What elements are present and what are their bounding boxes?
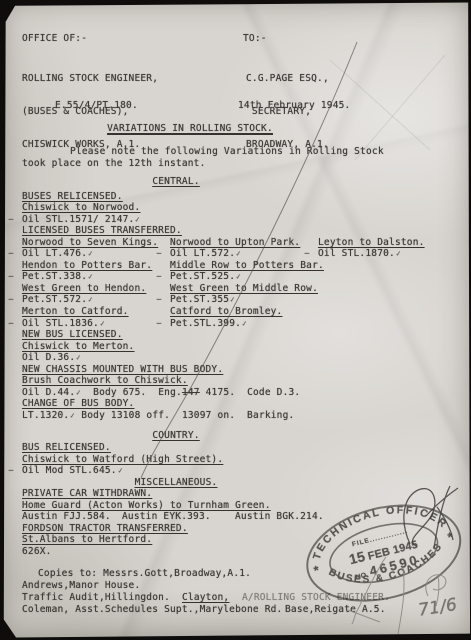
- text-run: Austin EYK.393.: [122, 511, 211, 522]
- doc-line: LT.1320.✓ Body 13108 off. 13097 on. Bark…: [0, 410, 471, 422]
- text-segment: —Pet.STL.399.✓: [170, 318, 247, 330]
- text-run: Traffic Audit,Hillingdon.: [22, 592, 170, 603]
- struck-text: 147: [182, 387, 200, 398]
- intro-line-2: took place on the 12th instant.: [22, 158, 206, 169]
- doc-line: Hendon to Potters Bar.Middle Row to Pott…: [0, 260, 471, 272]
- text-segment: Middle Row to Potters Bar.: [170, 260, 324, 272]
- text-run: Pet.ST.525.: [170, 271, 235, 282]
- margin-dash-mark: —: [9, 248, 14, 260]
- margin-dash-mark: —: [9, 465, 14, 477]
- text-segment: Norwood to Seven Kings.: [22, 237, 158, 249]
- text-segment: Oil D.44.✓ Body 675. Eng.147 4175. Code …: [22, 387, 300, 399]
- text-segment: Chiswick to Merton.: [22, 341, 134, 353]
- text-run: NEW CHASSIS MOUNTED WITH BUS BODY.: [22, 364, 223, 375]
- office-of-label: OFFICE OF:-: [22, 33, 87, 44]
- text-segment: Austin EYK.393.: [122, 511, 211, 523]
- text-run: Chiswick to Norwood.: [22, 202, 140, 213]
- text-segment: Norwood to Upton Park.: [170, 237, 300, 249]
- doc-line: Chiswick to Watford (High Street).: [0, 454, 471, 466]
- doc-line: Chiswick to Merton.: [0, 341, 471, 353]
- doc-line: LICENSED BUSES TRANSFERRED.: [0, 225, 471, 237]
- text-segment: St.Albans to Hertford.: [22, 534, 152, 546]
- text-run: Copies to: Messrs.Gott,Broadway,A.1.: [38, 568, 251, 579]
- text-run: Middle Row to Potters Bar.: [170, 260, 324, 271]
- text-run: 626X.: [22, 546, 52, 557]
- text-segment: —Oil Mod STL.645.✓: [22, 465, 123, 477]
- doc-line: —Oil STL.1571/ 2147.✓: [0, 214, 471, 226]
- text-run: A/ROLLING STOCK ENGINEER.: [242, 592, 390, 603]
- check-tick-mark: ✓: [236, 271, 242, 283]
- text-run: Base,Reigate A.5.: [285, 604, 386, 615]
- margin-dash-mark: —: [9, 214, 14, 226]
- doc-line: Oil D.36.✓: [0, 352, 471, 364]
- document-title: VARIATIONS IN ROLLING STOCK.: [107, 123, 273, 134]
- text-segment: Andrews,Manor House.: [22, 580, 140, 592]
- text-segment: Clayton,: [182, 592, 229, 604]
- text-run: FORDSON TRACTOR TRANSFERRED.: [22, 523, 188, 534]
- text-run: BUSES RELICENSED.: [22, 191, 123, 202]
- doc-line: Traffic Audit,Hillingdon.Clayton,A/ROLLI…: [0, 592, 471, 604]
- text-segment: Base,Reigate A.5.: [285, 604, 386, 616]
- check-tick-mark: ✓: [395, 248, 401, 260]
- section-title-text: COUNTRY.: [152, 430, 199, 441]
- margin-dash-mark: —: [9, 271, 14, 283]
- sender-line-1: ROLLING STOCK ENGINEER,: [22, 73, 158, 84]
- text-segment: LT.1320.✓ Body 13108 off. 13097 on. Bark…: [22, 410, 294, 422]
- doc-line: BUSES RELICENSED.: [0, 191, 471, 203]
- margin-dash-mark: —: [157, 271, 162, 283]
- text-segment: Chiswick to Norwood.: [22, 202, 140, 214]
- doc-line: Copies to: Messrs.Gott,Broadway,A.1.: [0, 568, 471, 580]
- doc-line: Chiswick to Norwood.: [0, 202, 471, 214]
- section-title-text: MISCELLANEOUS.: [135, 477, 218, 488]
- check-tick-mark: ✓: [99, 317, 105, 329]
- margin-dash-mark: —: [9, 294, 14, 306]
- text-segment: —Oil LT.476.✓: [22, 248, 93, 260]
- text-run: Oil D.44.: [22, 387, 75, 398]
- text-run: Clayton,: [182, 592, 229, 603]
- document-date: 14th February 1945.: [238, 100, 350, 111]
- text-segment: PRIVATE CAR WITHDRAWN.: [22, 488, 152, 500]
- text-run: Oil LT.476.: [22, 248, 87, 259]
- text-run: CHANGE OF BUS BODY.: [22, 398, 134, 409]
- doc-line: —Pet.ST.338.✓—Pet.ST.525.✓: [0, 271, 471, 283]
- text-segment: Austin BGK.214.: [235, 511, 324, 523]
- text-run: Oil Mod STL.645.: [22, 465, 117, 476]
- text-run: Body 13108 off. 13097 on. Barking.: [75, 410, 294, 421]
- text-segment: FORDSON TRACTOR TRANSFERRED.: [22, 523, 188, 535]
- doc-line: FORDSON TRACTOR TRANSFERRED.: [0, 523, 471, 535]
- text-run: Pet.STL.399.: [170, 318, 241, 329]
- text-segment: Merton to Catford.: [22, 306, 129, 318]
- text-run: St.Albans to Hertford.: [22, 534, 152, 545]
- doc-line: Oil D.44.✓ Body 675. Eng.147 4175. Code …: [0, 387, 471, 399]
- doc-line: NEW BUS LICENSED.: [0, 329, 471, 341]
- check-tick-mark: ✓: [135, 213, 141, 225]
- text-segment: Home Guard (Acton Works) to Turnham Gree…: [22, 500, 271, 512]
- text-run: Pet.ST.355: [170, 294, 229, 305]
- doc-line: PRIVATE CAR WITHDRAWN.: [0, 488, 471, 500]
- document-title-row: VARIATIONS IN ROLLING STOCK.: [0, 123, 380, 134]
- text-run: Norwood to Seven Kings.: [22, 237, 158, 248]
- text-run: LT.1320.: [22, 410, 69, 421]
- text-segment: —Oil STL.1836.✓: [22, 318, 105, 330]
- intro-line-1: Please note the following Variations in …: [70, 146, 384, 157]
- doc-line: CHANGE OF BUS BODY.: [0, 398, 471, 410]
- text-segment: Coleman, Asst.Schedules Supt.,Marylebone…: [22, 604, 282, 616]
- doc-line: Andrews,Manor House.: [0, 580, 471, 592]
- text-run: Oil LT.572.: [170, 248, 235, 259]
- text-run: Body 675. Eng.: [81, 387, 182, 398]
- check-tick-mark: ✓: [88, 294, 94, 306]
- doc-line: NEW CHASSIS MOUNTED WITH BUS BODY.: [0, 364, 471, 376]
- doc-line: Merton to Catford.Catford to Bromley.: [0, 306, 471, 318]
- text-segment: —Pet.ST.338.✓: [22, 271, 93, 283]
- text-segment: Catford to Bromley.: [170, 306, 282, 318]
- text-run: LICENSED BUSES TRANSFERRED.: [22, 225, 182, 236]
- text-run: Hendon to Potters Bar.: [22, 260, 152, 271]
- check-tick-mark: ✓: [88, 248, 94, 260]
- text-segment: West Green to Hendon.: [22, 283, 146, 295]
- text-run: Oil D.36.: [22, 352, 75, 363]
- doc-line: Norwood to Seven Kings.Norwood to Upton …: [0, 237, 471, 249]
- text-run: PRIVATE CAR WITHDRAWN.: [22, 488, 152, 499]
- spacer: [0, 421, 471, 430]
- text-run: BUS RELICENSED.: [22, 442, 111, 453]
- text-run: Chiswick to Watford (High Street).: [22, 454, 223, 465]
- text-segment: BUS RELICENSED.: [22, 442, 111, 454]
- margin-dash-mark: —: [157, 248, 162, 260]
- doc-line: 626X.: [0, 546, 471, 558]
- doc-line: —Oil Mod STL.645.✓: [0, 465, 471, 477]
- text-run: Coleman, Asst.Schedules Supt.,Marylebone…: [22, 604, 282, 615]
- doc-line: St.Albans to Hertford.: [0, 534, 471, 546]
- text-segment: LICENSED BUSES TRANSFERRED.: [22, 225, 182, 237]
- doc-line: Brush Coachwork to Chiswick.: [0, 375, 471, 387]
- doc-line: West Green to Hendon.West Green to Middl…: [0, 283, 471, 295]
- text-run: NEW BUS LICENSED.: [22, 329, 123, 340]
- text-segment: CHANGE OF BUS BODY.: [22, 398, 134, 410]
- text-segment: —Pet.ST.572.✓: [22, 294, 93, 306]
- text-segment: NEW BUS LICENSED.: [22, 329, 123, 341]
- text-segment: Chiswick to Watford (High Street).: [22, 454, 223, 466]
- text-segment: —Pet.ST.525.✓: [170, 271, 241, 283]
- text-run: Austin FJJ.584.: [22, 511, 111, 522]
- text-segment: —Oil STL.1870.✓: [318, 248, 401, 260]
- text-run: Oil STL.1571/ 2147.: [22, 214, 134, 225]
- text-segment: 626X.: [22, 546, 52, 558]
- text-segment: Copies to: Messrs.Gott,Broadway,A.1.: [38, 568, 251, 580]
- check-tick-mark: ✓: [76, 352, 82, 364]
- text-segment: A/ROLLING STOCK ENGINEER.: [242, 592, 390, 604]
- doc-line: Home Guard (Acton Works) to Turnham Gree…: [0, 500, 471, 512]
- check-tick-mark: ✓: [88, 271, 94, 283]
- text-run: Merton to Catford.: [22, 306, 129, 317]
- section-title: CENTRAL.: [0, 176, 352, 188]
- doc-line: —Oil LT.476.✓—Oil LT.572.✓—Oil STL.1870.…: [0, 248, 471, 260]
- check-tick-mark: ✓: [236, 248, 242, 260]
- doc-line: Coleman, Asst.Schedules Supt.,Marylebone…: [0, 604, 471, 616]
- text-segment: —Pet.ST.355✓: [170, 294, 235, 306]
- text-run: West Green to Middle Row.: [170, 283, 318, 294]
- text-run: Pet.ST.572.: [22, 294, 87, 305]
- doc-line: —Pet.ST.572.✓—Pet.ST.355✓: [0, 294, 471, 306]
- check-tick-mark: ✓: [230, 294, 236, 306]
- text-run: Oil STL.1836.: [22, 318, 99, 329]
- text-segment: BUSES RELICENSED.: [22, 191, 123, 203]
- text-segment: —Oil LT.572.✓: [170, 248, 241, 260]
- text-segment: Brush Coachwork to Chiswick.: [22, 375, 188, 387]
- text-run: Leyton to Dalston.: [318, 237, 425, 248]
- text-segment: NEW CHASSIS MOUNTED WITH BUS BODY.: [22, 364, 223, 376]
- spacer: [0, 558, 471, 568]
- section-title: MISCELLANEOUS.: [0, 477, 352, 489]
- text-segment: Leyton to Dalston.: [318, 237, 425, 249]
- text-segment: Hendon to Potters Bar.: [22, 260, 152, 272]
- margin-dash-mark: —: [157, 318, 162, 330]
- recipient-line-1: C.G.PAGE ESQ.,: [246, 73, 329, 84]
- text-run: Brush Coachwork to Chiswick.: [22, 375, 188, 386]
- text-segment: West Green to Middle Row.: [170, 283, 318, 295]
- text-run: Catford to Bromley.: [170, 306, 282, 317]
- text-run: Pet.ST.338.: [22, 271, 87, 282]
- text-segment: Traffic Audit,Hillingdon.: [22, 592, 170, 604]
- margin-dash-mark: —: [157, 294, 162, 306]
- text-segment: Oil D.36.✓: [22, 352, 81, 364]
- text-segment: Austin FJJ.584.: [22, 511, 111, 523]
- text-run: Andrews,Manor House.: [22, 580, 140, 591]
- to-label: TO:-: [243, 33, 267, 44]
- text-run: Norwood to Upton Park.: [170, 237, 300, 248]
- text-segment: —Oil STL.1571/ 2147.✓: [22, 214, 141, 226]
- document-page: OFFICE OF:- ROLLING STOCK ENGINEER, (BUS…: [0, 0, 471, 640]
- margin-dash-mark: —: [305, 248, 310, 260]
- doc-line: BUS RELICENSED.: [0, 442, 471, 454]
- text-run: 4175. Code D.3.: [200, 387, 301, 398]
- text-run: Oil STL.1870.: [318, 248, 395, 259]
- text-run: Austin BGK.214.: [235, 511, 324, 522]
- section-title-text: CENTRAL.: [152, 176, 199, 187]
- text-run: Chiswick to Merton.: [22, 341, 134, 352]
- check-tick-mark: ✓: [241, 317, 247, 329]
- doc-line: Austin FJJ.584.Austin EYK.393.Austin BGK…: [0, 511, 471, 523]
- document-body: CENTRAL.BUSES RELICENSED.Chiswick to Nor…: [0, 176, 471, 616]
- section-title: COUNTRY.: [0, 430, 352, 442]
- check-tick-mark: ✓: [117, 465, 123, 477]
- margin-dash-mark: —: [9, 318, 14, 330]
- text-run: West Green to Hendon.: [22, 283, 146, 294]
- text-run: Home Guard (Acton Works) to Turnham Gree…: [22, 500, 271, 511]
- doc-line: —Oil STL.1836.✓—Pet.STL.399.✓: [0, 318, 471, 330]
- reference-number: E.55/4/PT.180.: [55, 100, 138, 111]
